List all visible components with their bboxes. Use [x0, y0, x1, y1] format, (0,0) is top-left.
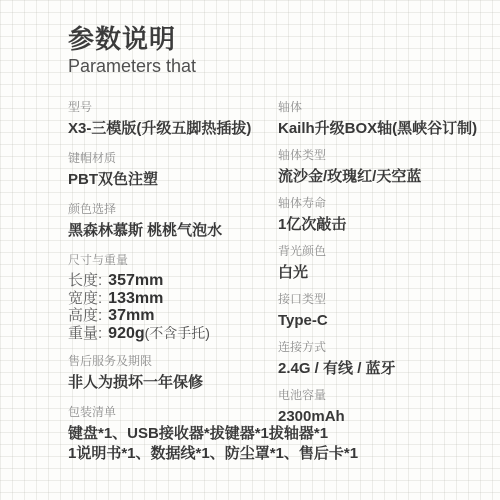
warranty-label: 售后服务及期限	[68, 353, 278, 369]
backlight-label: 背光颜色	[278, 243, 496, 259]
model-label: 型号	[68, 99, 278, 115]
dimension-row-weight: 重量:920g(不含手托)	[68, 325, 278, 343]
battery-value: 2300mAh	[278, 407, 496, 427]
packing-line-1: 键盘*1、USB接收器*拔键器*1拔轴器*1	[68, 424, 278, 444]
switch-lifespan-value: 1亿次敲击	[278, 215, 496, 235]
switch-type-label: 轴体类型	[278, 147, 496, 163]
dimension-row-height: 高度:37mm	[68, 307, 278, 325]
spec-model: 型号 X3-三模版(升级五脚热插拔)	[68, 99, 278, 139]
spec-connectivity: 连接方式 2.4G / 有线 / 蓝牙	[278, 339, 496, 379]
switch-value: Kailh升级BOX轴(黑峡谷订制)	[278, 119, 496, 139]
dimension-value: 133mm	[108, 290, 163, 307]
keycap-label: 键帽材质	[68, 150, 278, 166]
page-title: 参数说明	[68, 24, 196, 55]
model-value: X3-三模版(升级五脚热插拔)	[68, 119, 278, 139]
packing-label: 包装清单	[68, 404, 278, 420]
packing-line-2: 1说明书*1、数据线*1、防尘罩*1、售后卡*1	[68, 444, 278, 464]
dimension-row-width: 宽度:133mm	[68, 290, 278, 308]
warranty-value: 非人为损坏一年保修	[68, 373, 278, 393]
spec-battery-capacity: 电池容量 2300mAh	[278, 387, 496, 427]
keycap-value: PBT双色注塑	[68, 170, 278, 190]
left-column: 型号 X3-三模版(升级五脚热插拔) 键帽材质 PBT双色注塑 颜色选择 黑森林…	[68, 92, 278, 475]
color-label: 颜色选择	[68, 201, 278, 217]
dimension-row-length: 长度:357mm	[68, 272, 278, 290]
spec-warranty: 售后服务及期限 非人为损坏一年保修	[68, 353, 278, 393]
dimension-value: 37mm	[108, 307, 154, 324]
spec-switch-type: 轴体类型 流沙金/玫瑰红/天空蓝	[278, 147, 496, 187]
spec-switch-lifespan: 轴体寿命 1亿次敲击	[278, 195, 496, 235]
right-column: 轴体 Kailh升级BOX轴(黑峡谷订制) 轴体类型 流沙金/玫瑰红/天空蓝 轴…	[278, 92, 496, 435]
dimension-value: 357mm	[108, 272, 163, 289]
dimension-value: 920g	[108, 325, 144, 342]
switch-type-value: 流沙金/玫瑰红/天空蓝	[278, 167, 496, 187]
spec-packing-list: 包装清单 键盘*1、USB接收器*拔键器*1拔轴器*1 1说明书*1、数据线*1…	[68, 404, 278, 464]
dimension-name: 长度:	[68, 272, 102, 289]
backlight-value: 白光	[278, 263, 496, 283]
page-subtitle: Parameters that	[68, 55, 196, 77]
spec-color-options: 颜色选择 黑森林慕斯 桃桃气泡水	[68, 201, 278, 241]
spec-switch: 轴体 Kailh升级BOX轴(黑峡谷订制)	[278, 99, 496, 139]
connectivity-label: 连接方式	[278, 339, 496, 355]
dimension-name: 宽度:	[68, 290, 102, 307]
dimensions-label: 尺寸与重量	[68, 252, 278, 268]
spec-sheet-page: { "header": { "title": "参数说明", "subtitle…	[0, 0, 500, 500]
spec-port-type: 接口类型 Type-C	[278, 291, 496, 331]
color-value: 黑森林慕斯 桃桃气泡水	[68, 221, 278, 241]
port-label: 接口类型	[278, 291, 496, 307]
spec-dimensions-weight: 尺寸与重量 长度:357mm 宽度:133mm 高度:37mm 重量:920g(…	[68, 252, 278, 342]
switch-lifespan-label: 轴体寿命	[278, 195, 496, 211]
connectivity-value: 2.4G / 有线 / 蓝牙	[278, 359, 496, 379]
port-value: Type-C	[278, 311, 496, 331]
battery-label: 电池容量	[278, 387, 496, 403]
spec-keycap-material: 键帽材质 PBT双色注塑	[68, 150, 278, 190]
spec-backlight-color: 背光颜色 白光	[278, 243, 496, 283]
dimension-name: 高度:	[68, 307, 102, 324]
dimension-name: 重量:	[68, 325, 102, 342]
switch-label: 轴体	[278, 99, 496, 115]
dimension-note: (不含手托)	[145, 325, 210, 341]
header: 参数说明 Parameters that	[68, 24, 196, 77]
